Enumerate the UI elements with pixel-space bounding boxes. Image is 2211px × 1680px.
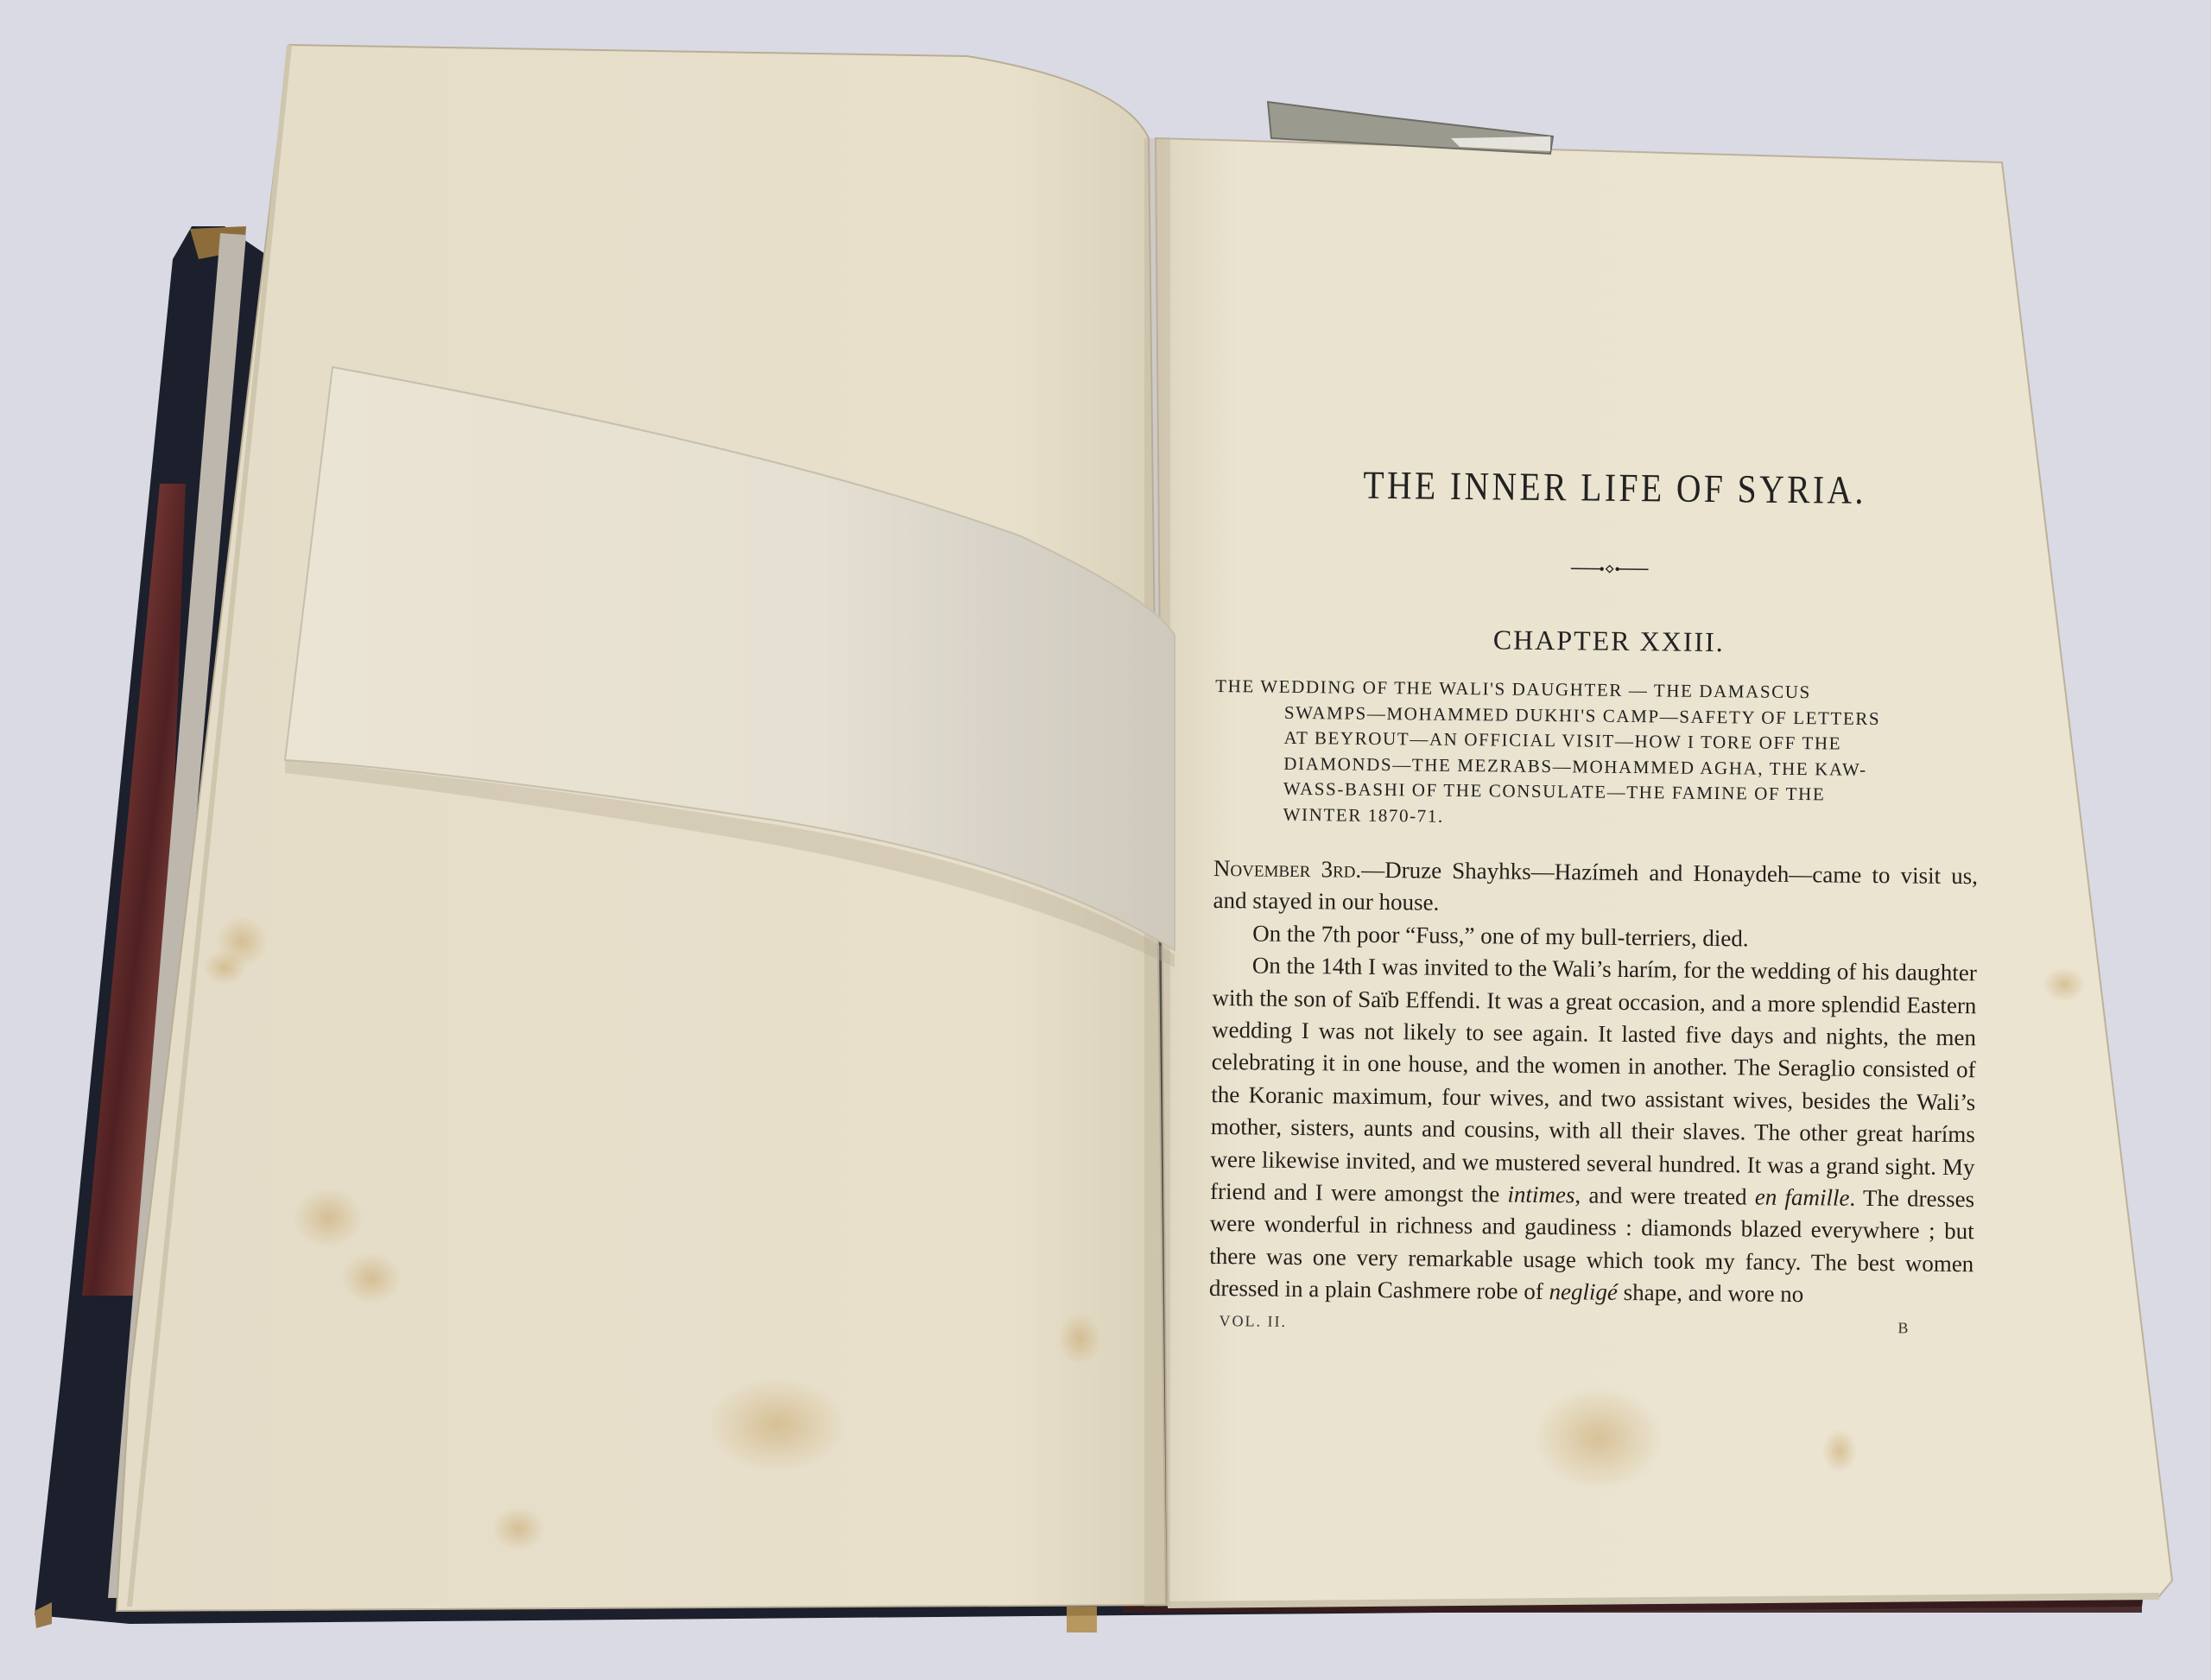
paper-tab — [1268, 102, 1553, 154]
italic-neglige: negligé — [1549, 1278, 1618, 1305]
chapter-summary: THE WEDDING OF THE WALI'S DAUGHTER — THE… — [1214, 674, 1959, 834]
italic-intimes: intimes — [1507, 1182, 1574, 1208]
chapter-heading: CHAPTER XXIII. — [1216, 618, 2002, 663]
right-page-text: THE INNER LIFE OF SYRIA. CHAPTER XXIII. … — [1208, 458, 2004, 1338]
page-footer: VOL. II. B — [1208, 1312, 1961, 1338]
paragraph-3: On the 14th I was invited to the Wali’s … — [1209, 949, 1977, 1313]
bookmark-slip — [285, 367, 1175, 950]
running-title: THE INNER LIFE OF SYRIA. — [1280, 459, 1949, 517]
italic-en-famille: en famille — [1755, 1184, 1850, 1211]
signature-mark: B — [1897, 1319, 1910, 1337]
paragraph-1: November 3rd.—Druze Shayhks—Hazímeh and … — [1213, 853, 1978, 925]
body-text: November 3rd.—Druze Shayhks—Hazímeh and … — [1209, 853, 1978, 1313]
volume-label: VOL. II. — [1219, 1312, 1287, 1331]
left-page — [117, 45, 1166, 1611]
marbled-board — [82, 484, 186, 1296]
date-lead: November 3rd. — [1213, 855, 1361, 883]
fleuron-rule-icon — [1216, 548, 2002, 591]
